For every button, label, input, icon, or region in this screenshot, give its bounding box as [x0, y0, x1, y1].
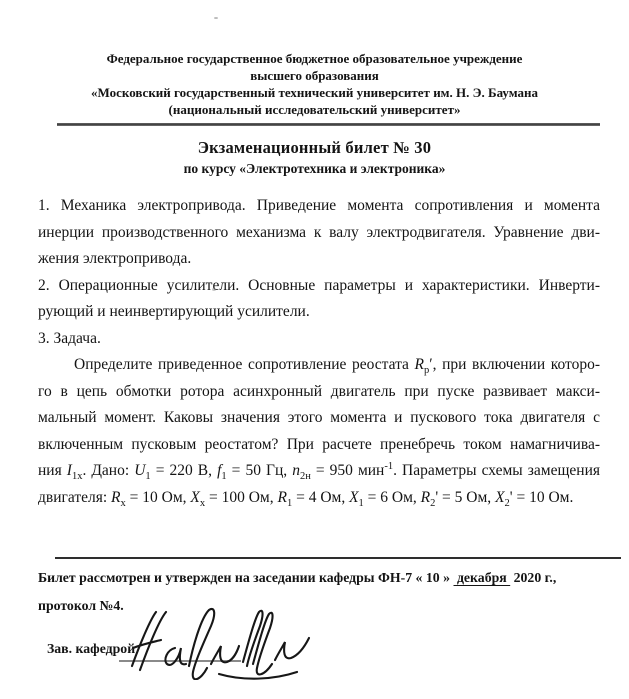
header-divider: [57, 123, 600, 126]
ticket-body: 1. Механика электропривода. Приведение м…: [0, 193, 629, 511]
institution-header: Федеральное государственное бюджетное об…: [0, 0, 629, 118]
text-line: включенным пусковым реостатом? При расче…: [38, 432, 600, 459]
header-line: Федеральное государственное бюджетное об…: [0, 50, 629, 67]
question-2: 2. Операционные усилители. Основные пара…: [38, 273, 600, 326]
header-line: высшего образования: [0, 67, 629, 84]
scan-artifact: [212, 288, 216, 291]
footer-divider: [55, 557, 621, 559]
text-line: ния I1х. Дано: U1 = 220 В, f1 = 50 Гц, n…: [38, 458, 600, 485]
text-line: 2. Операционные усилители. Основные пара…: [38, 273, 600, 300]
text-line: рующий и неинвертирующий усилители.: [38, 299, 600, 326]
approval-line: Билет рассмотрен и утвержден на заседани…: [38, 564, 589, 592]
header-line: «Московский государственный технический …: [0, 84, 629, 101]
text-line: двигателя: Rх = 10 Ом, Xх = 100 Ом, R1 =…: [38, 485, 600, 512]
signature-image: [123, 604, 313, 680]
ticket-title: Экзаменационный билет № 30: [0, 138, 629, 158]
question-1: 1. Механика электропривода. Приведение м…: [38, 193, 600, 273]
signature-label: Зав. кафедрой: [47, 641, 135, 657]
course-subtitle: по курсу «Электротехника и электроника»: [0, 161, 629, 177]
text-line: жения электропривода.: [38, 246, 600, 273]
text-line: мальный момент. Каковы значения этого мо…: [38, 405, 600, 432]
text-line: го в цепь обмотки ротора асинхронный дви…: [38, 379, 600, 406]
protocol-line: протокол №4.: [38, 592, 589, 620]
problem-statement: Определите приведенное сопротивление рео…: [38, 352, 600, 511]
text-line: 3. Задача.: [38, 326, 600, 353]
text-line: 1. Механика электропривода. Приведение м…: [38, 193, 600, 220]
text-line: инерции производственного механизма к ва…: [38, 220, 600, 247]
scan-artifact: [285, 56, 288, 58]
question-3: 3. Задача.: [38, 326, 600, 353]
scan-artifact: [214, 17, 218, 19]
header-line: (национальный исследовательский универси…: [0, 101, 629, 118]
exam-ticket-page: Федеральное государственное бюджетное об…: [0, 0, 629, 699]
text-line: Определите приведенное сопротивление рео…: [38, 352, 600, 379]
approval-block: Билет рассмотрен и утвержден на заседани…: [38, 564, 589, 619]
